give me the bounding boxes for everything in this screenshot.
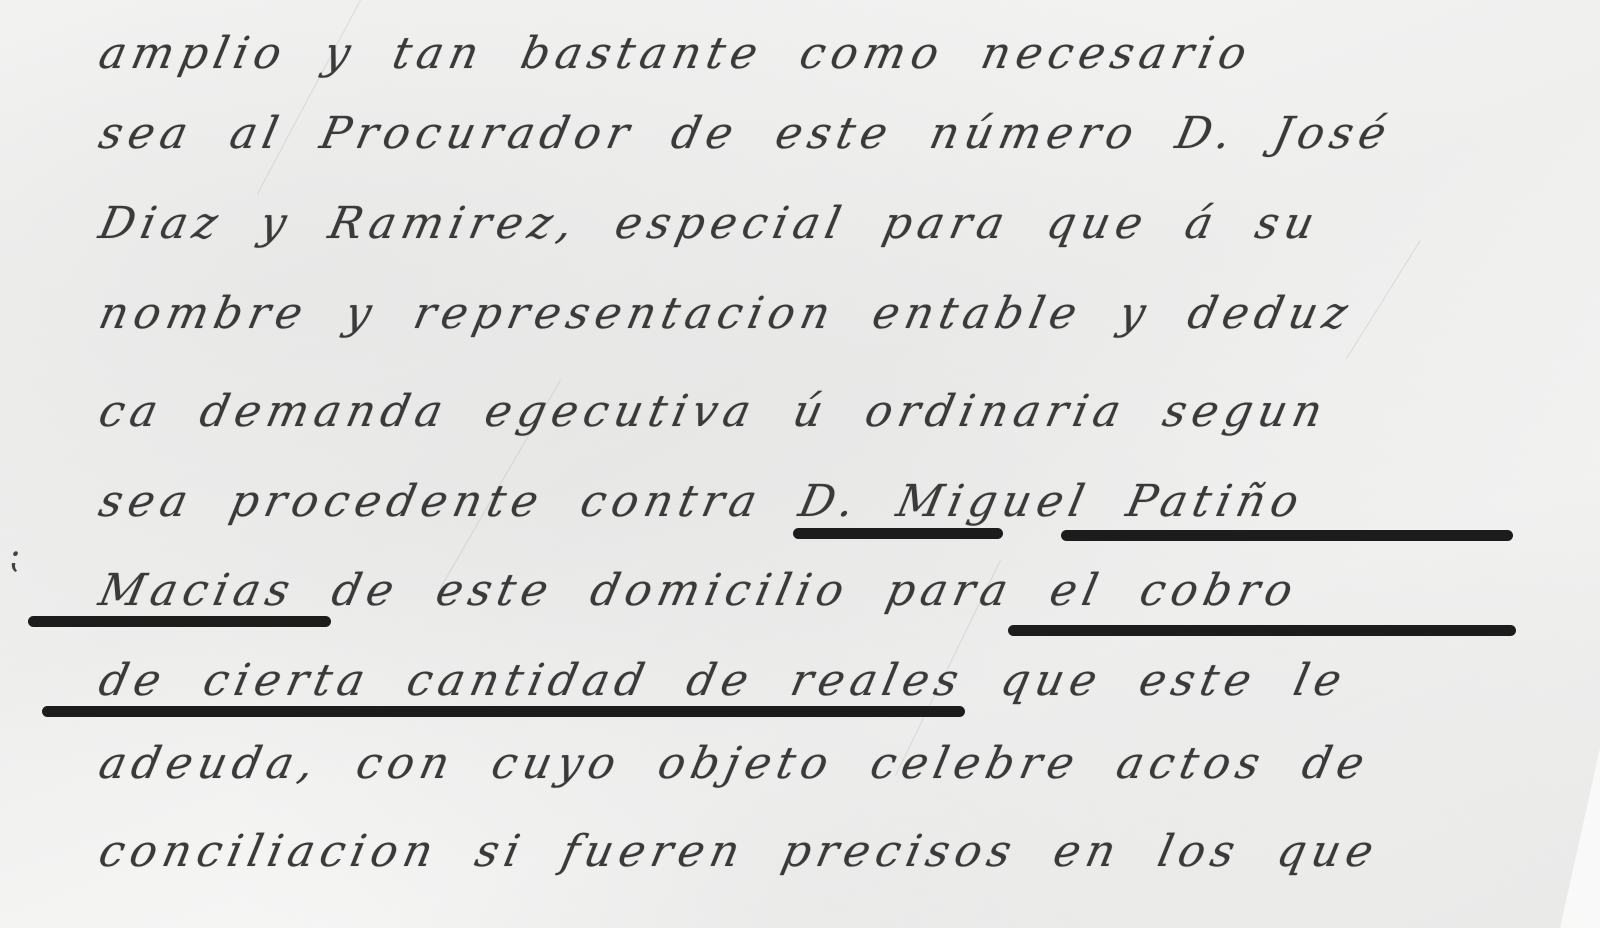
manuscript-page: amplio y tan bastante como necesario sea… xyxy=(0,0,1600,928)
manuscript-line-7: Macias de este domicilio para el cobro xyxy=(95,565,1304,616)
underline-bar-cierta-cantidad xyxy=(42,706,965,717)
manuscript-line-9: adeuda, con cuyo objeto celebre actos de xyxy=(95,738,1375,789)
manuscript-line-5: ca demanda egecutiva ú ordinaria segun xyxy=(95,386,1333,437)
manuscript-line-10: conciliacion si fueren precisos en los q… xyxy=(95,826,1384,877)
underline-bar-d xyxy=(793,528,1003,539)
underline-bar-miguel-patino xyxy=(1061,530,1513,541)
manuscript-line-3: Diaz y Ramirez, especial para que á su xyxy=(95,198,1325,249)
underline-bar-para-el-cobro xyxy=(1008,625,1516,636)
bleed-stroke xyxy=(1346,240,1421,359)
manuscript-line-4: nombre y representacion entable y deduz xyxy=(95,288,1358,339)
underline-bar-macias xyxy=(28,616,331,627)
manuscript-line-6: sea procedente contra D. Miguel Patiño xyxy=(95,476,1310,527)
manuscript-line-2: sea al Procurador de este número D. José xyxy=(95,108,1397,159)
margin-mark: ⁏ xyxy=(8,535,20,576)
paper-corner-fold xyxy=(1560,748,1600,928)
manuscript-line-8: de cierta cantidad de reales que este le xyxy=(95,655,1352,706)
manuscript-line-1: amplio y tan bastante como necesario xyxy=(95,28,1257,79)
